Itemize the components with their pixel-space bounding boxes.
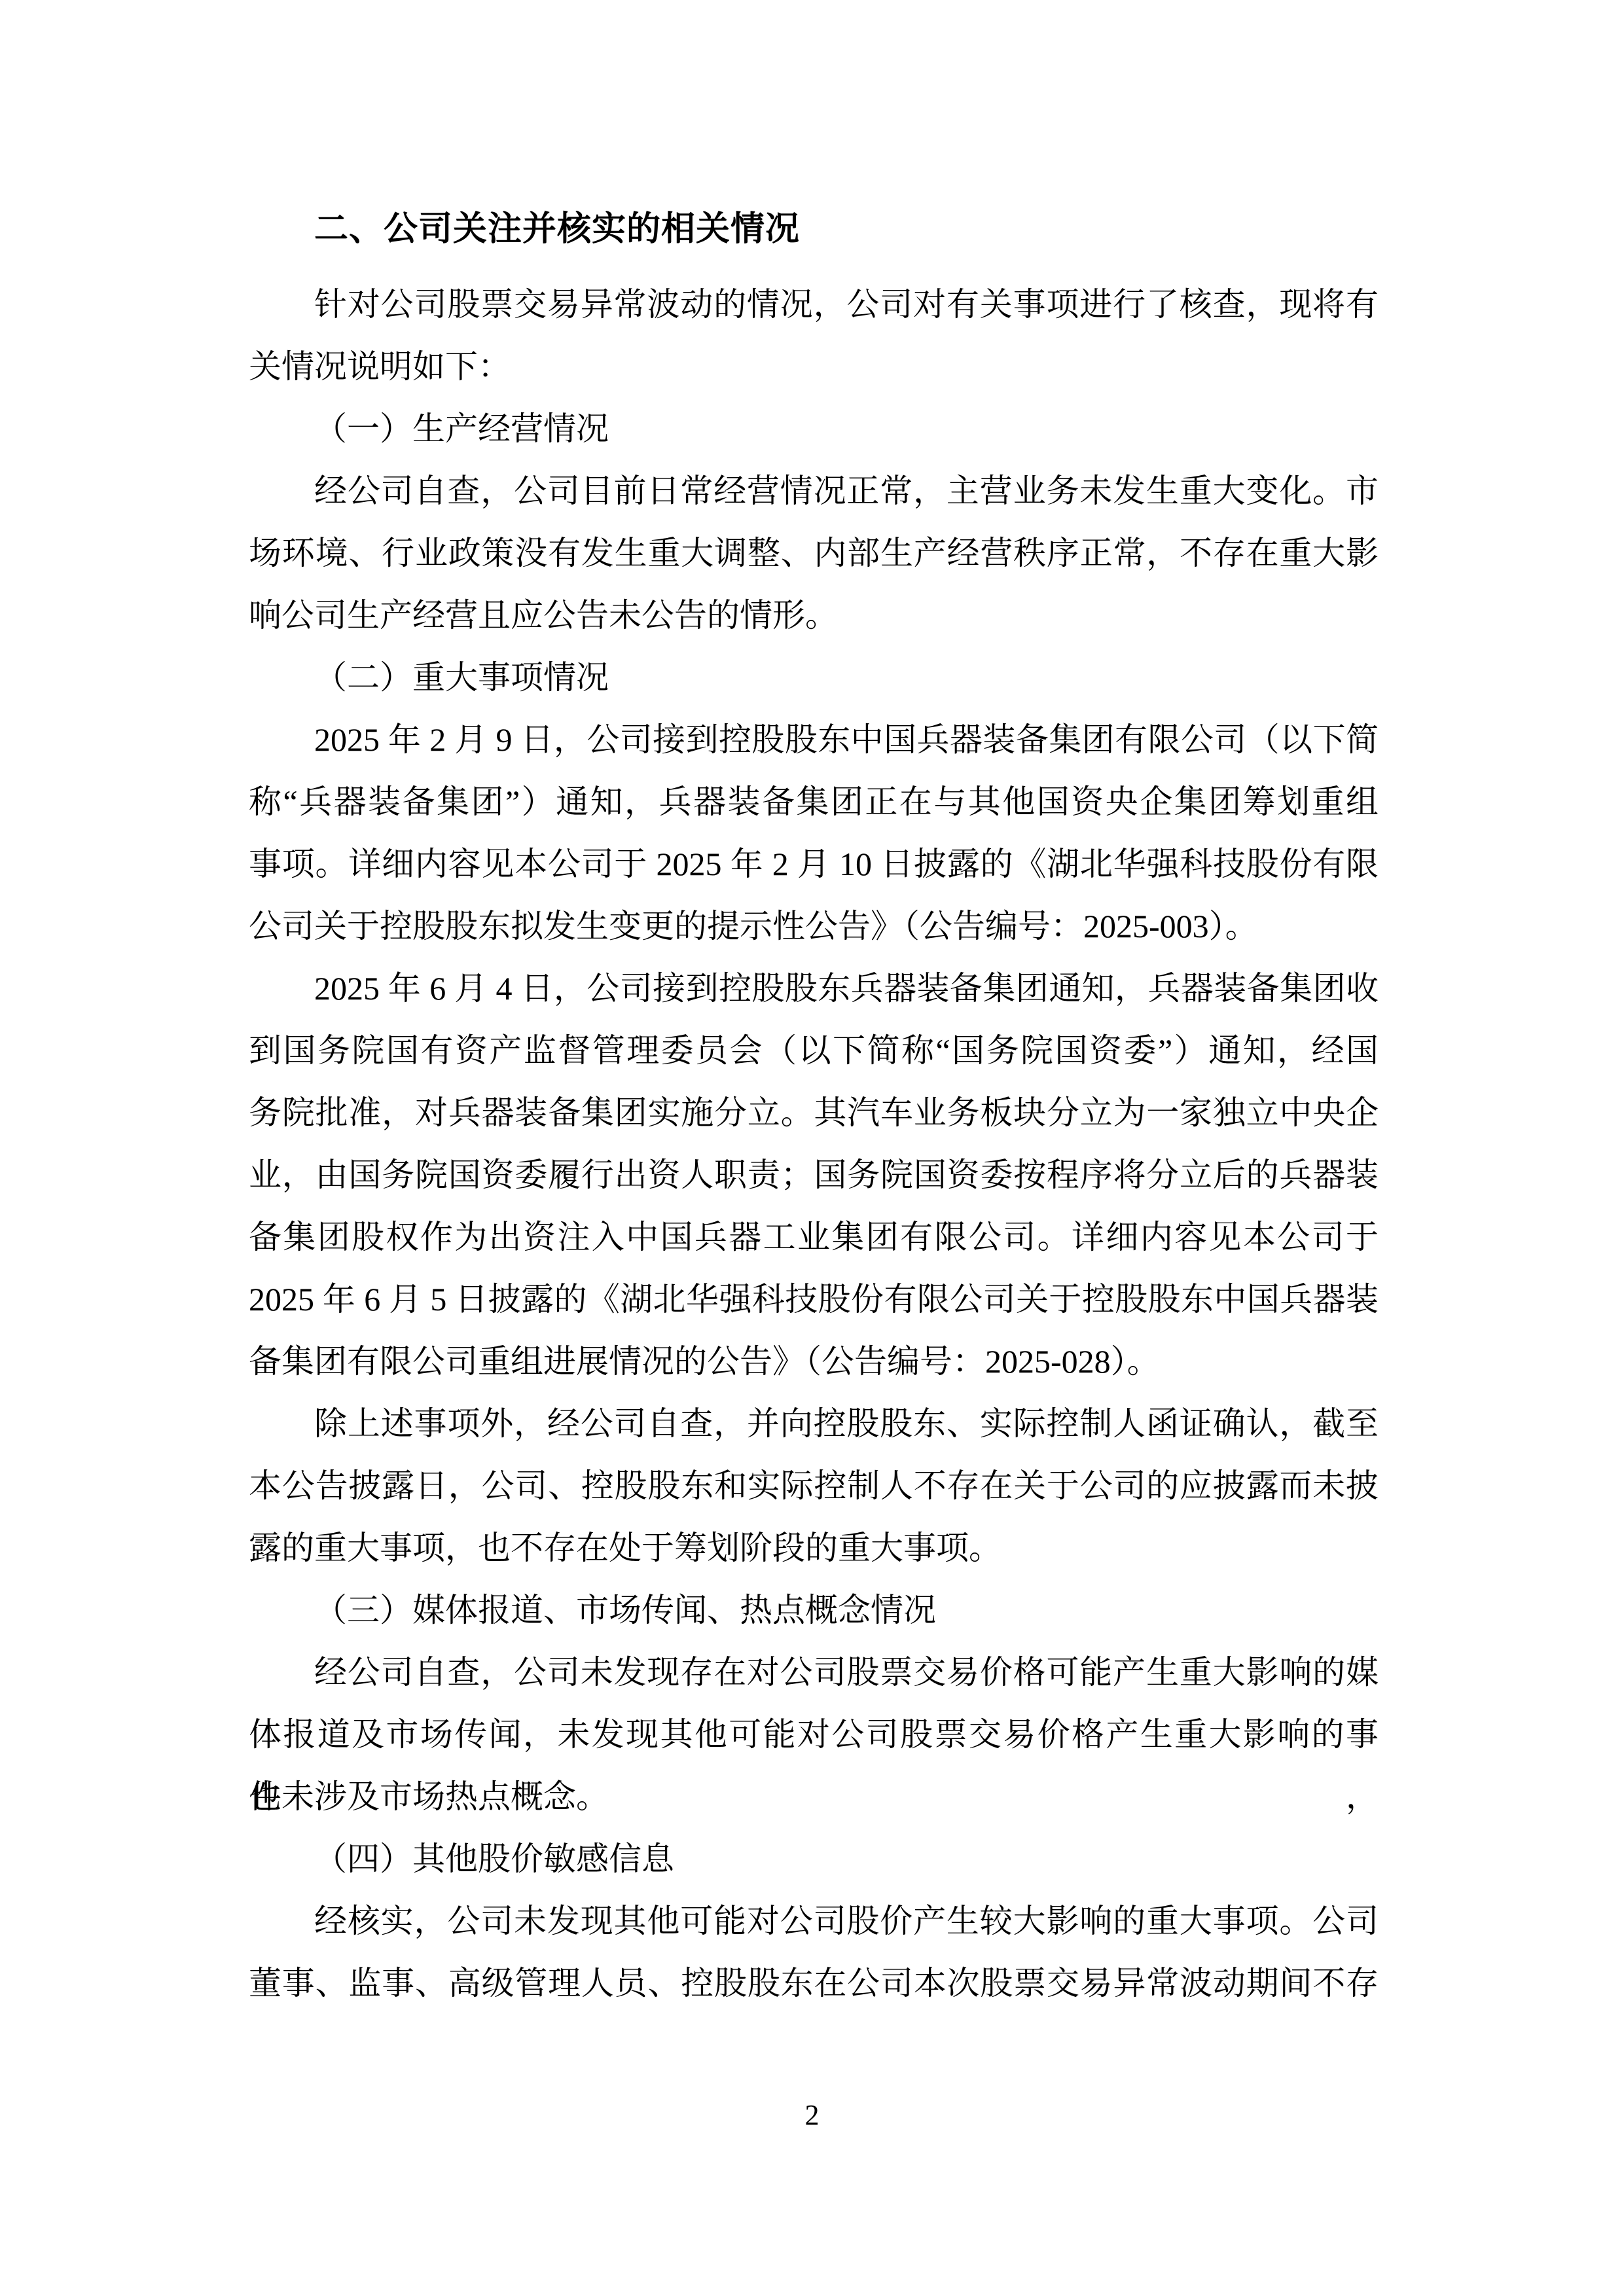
text-line: 到国务院国有资产监督管理委员会（以下简称“国务院国资委”）通知，经国 xyxy=(249,1020,1379,1082)
text-line: 称“兵器装备集团”）通知，兵器装备集团正在与其他国资央企集团筹划重组 xyxy=(249,771,1379,833)
text-line: （三）媒体报道、市场传闻、热点概念情况 xyxy=(249,1579,1379,1641)
text-line: 2025 年 2 月 9 日，公司接到控股股东中国兵器装备集团有限公司（以下简 xyxy=(249,709,1379,771)
text-line: 响公司生产经营且应公告未公告的情形。 xyxy=(249,584,1379,647)
text-line: 务院批准，对兵器装备集团实施分立。其汽车业务板块分立为一家独立中央企 xyxy=(249,1082,1379,1144)
text-line: 2025 年 6 月 4 日，公司接到控股股东兵器装备集团通知，兵器装备集团收 xyxy=(249,958,1379,1020)
text-line: 事项。详细内容见本公司于 2025 年 2 月 10 日披露的《湖北华强科技股份… xyxy=(249,833,1379,895)
text-line: 关情况说明如下： xyxy=(249,336,1379,398)
text-line: 本公告披露日，公司、控股股东和实际控制人不存在关于公司的应披露而未披 xyxy=(249,1455,1379,1517)
document-page: 二、公司关注并核实的相关情况针对公司股票交易异常波动的情况，公司对有关事项进行了… xyxy=(0,0,1624,2296)
document-body: 二、公司关注并核实的相关情况针对公司股票交易异常波动的情况，公司对有关事项进行了… xyxy=(249,196,1379,2015)
text-line: 经核实，公司未发现其他可能对公司股价产生较大影响的重大事项。公司 xyxy=(249,1890,1379,1952)
text-line: 体报道及市场传闻，未发现其他可能对公司股票交易价格产生重大影响的事件， xyxy=(249,1704,1379,1766)
text-line: （一）生产经营情况 xyxy=(249,398,1379,460)
text-line: 公司关于控股股东拟发生变更的提示性公告》（公告编号：2025-003）。 xyxy=(249,895,1379,958)
text-line: 针对公司股票交易异常波动的情况，公司对有关事项进行了核查，现将有 xyxy=(249,274,1379,336)
text-line: 除上述事项外，经公司自查，并向控股股东、实际控制人函证确认，截至 xyxy=(249,1393,1379,1455)
text-line: （二）重大事项情况 xyxy=(249,647,1379,709)
text-line: 经公司自查，公司未发现存在对公司股票交易价格可能产生重大影响的媒 xyxy=(249,1641,1379,1704)
section-heading: 二、公司关注并核实的相关情况 xyxy=(249,196,1379,262)
text-line: 备集团有限公司重组进展情况的公告》（公告编号：2025-028）。 xyxy=(249,1331,1379,1393)
text-line: 露的重大事项，也不存在处于筹划阶段的重大事项。 xyxy=(249,1517,1379,1579)
text-line: （四）其他股价敏感信息 xyxy=(249,1828,1379,1890)
text-line: 经公司自查，公司目前日常经营情况正常，主营业务未发生重大变化。市 xyxy=(249,460,1379,522)
text-line: 业，由国务院国资委履行出资人职责；国务院国资委按程序将分立后的兵器装 xyxy=(249,1144,1379,1206)
page-number: 2 xyxy=(0,2089,1624,2142)
text-line: 场环境、行业政策没有发生重大调整、内部生产经营秩序正常，不存在重大影 xyxy=(249,522,1379,584)
text-line: 备集团股权作为出资注入中国兵器工业集团有限公司。详细内容见本公司于 xyxy=(249,1206,1379,1268)
text-line: 董事、监事、高级管理人员、控股股东在公司本次股票交易异常波动期间不存 xyxy=(249,1952,1379,2015)
text-line: 2025 年 6 月 5 日披露的《湖北华强科技股份有限公司关于控股股东中国兵器… xyxy=(249,1268,1379,1331)
